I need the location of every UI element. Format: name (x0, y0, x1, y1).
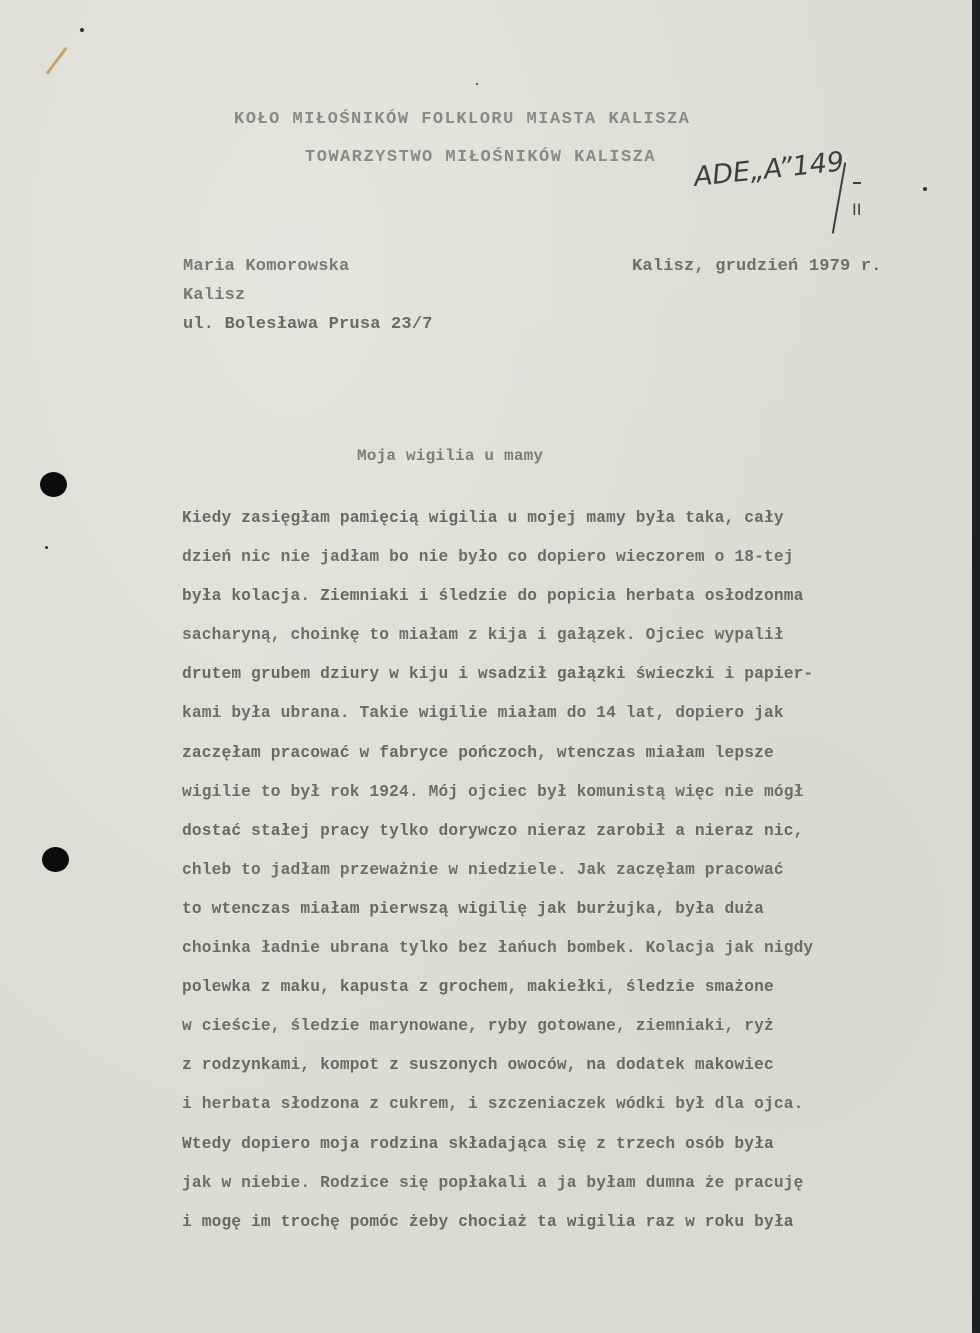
document-title: Moja wigilia u mamy (357, 447, 543, 465)
archive-signature-sub: II (852, 200, 861, 219)
date-line: Kalisz, grudzień 1979 r. (632, 257, 882, 276)
body-line: sacharyną, choinkę to miałam z kija i ga… (182, 624, 932, 663)
body-line: chleb to jadłam przeważnie w niedziele. … (182, 859, 932, 898)
body-line: choinka ładnie ubrana tylko bez łańuch b… (182, 937, 932, 976)
body-line: i mogę im trochę pomóc żeby chociaż ta w… (182, 1211, 932, 1250)
body-line: jak w niebie. Rodzice się popłakali a ja… (182, 1172, 932, 1211)
body-line: była kolacja. Ziemniaki i śledzie do pop… (182, 585, 932, 624)
body-line: dostać stałej pracy tylko dorywczo niera… (182, 820, 932, 859)
society-header: TOWARZYSTWO MIŁOŚNIKÓW KALISZA (305, 148, 656, 167)
body-line: kami była ubrana. Takie wigilie miałam d… (182, 702, 932, 741)
scanned-page: KOŁO MIŁOŚNIKÓW FOLKLORU MIASTA KALISZA … (0, 0, 972, 1333)
sender-name: Maria Komorowska (183, 257, 349, 276)
scan-edge-shadow (972, 0, 980, 1333)
sender-street: ul. Bolesława Prusa 23/7 (183, 315, 433, 334)
organization-header: KOŁO MIŁOŚNIKÓW FOLKLORU MIASTA KALISZA (234, 110, 690, 129)
sender-city: Kalisz (183, 286, 245, 305)
body-line: i herbata słodzona z cukrem, i szczeniac… (182, 1093, 932, 1132)
body-line: polewka z maku, kapusta z grochem, makie… (182, 976, 932, 1015)
paper-speck (80, 28, 84, 32)
pencil-mark (46, 47, 68, 74)
paper-speck (923, 187, 927, 191)
punch-hole (40, 472, 67, 497)
body-line: z rodzynkami, kompot z suszonych owoców,… (182, 1054, 932, 1093)
archive-signature: ADE„A”149 (692, 146, 845, 193)
body-line: zaczęłam pracować w fabryce pończoch, wt… (182, 742, 932, 781)
body-line: wigilie to był rok 1924. Mój ojciec był … (182, 781, 932, 820)
body-line: w cieście, śledzie marynowane, ryby goto… (182, 1015, 932, 1054)
paper-speck (45, 546, 48, 549)
punch-hole (42, 847, 69, 872)
signature-dash (853, 182, 861, 184)
body-line: dzień nic nie jadłam bo nie było co dopi… (182, 546, 932, 585)
body-text: Kiedy zasięgłam pamięcią wigilia u mojej… (182, 507, 932, 1250)
body-line: Kiedy zasięgłam pamięcią wigilia u mojej… (182, 507, 932, 546)
body-line: drutem grubem dziury w kiju i wsadził ga… (182, 663, 932, 702)
paper-speck (476, 83, 478, 85)
body-line: to wtenczas miałam pierwszą wigilię jak … (182, 898, 932, 937)
body-line: Wtedy dopiero moja rodzina składająca si… (182, 1133, 932, 1172)
